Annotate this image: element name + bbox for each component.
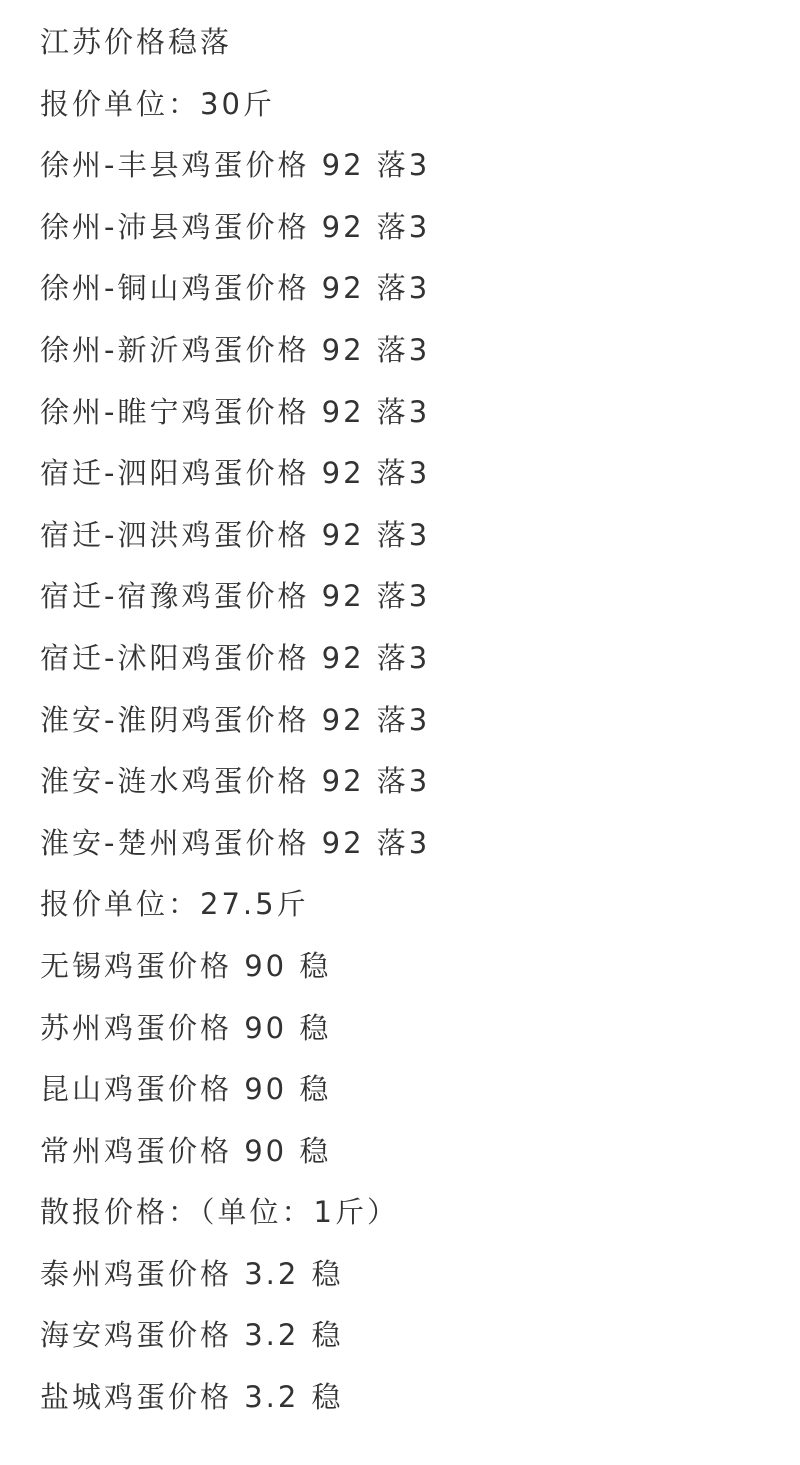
price-line: 淮安-楚州鸡蛋价格 92 落3 bbox=[40, 813, 780, 875]
unit-label: 散报价格：（单位：1斤） bbox=[40, 1182, 780, 1244]
price-line: 徐州-睢宁鸡蛋价格 92 落3 bbox=[40, 382, 780, 444]
price-line: 昆山鸡蛋价格 90 稳 bbox=[40, 1059, 780, 1121]
price-line: 海安鸡蛋价格 3.2 稳 bbox=[40, 1305, 780, 1367]
price-line: 常州鸡蛋价格 90 稳 bbox=[40, 1121, 780, 1183]
price-line: 宿迁-宿豫鸡蛋价格 92 落3 bbox=[40, 566, 780, 628]
section-loose-quote-1jin: 散报价格：（单位：1斤） 泰州鸡蛋价格 3.2 稳 海安鸡蛋价格 3.2 稳 盐… bbox=[40, 1182, 780, 1428]
price-line: 宿迁-泗洪鸡蛋价格 92 落3 bbox=[40, 505, 780, 567]
section-unit-27-5jin: 报价单位：27.5斤 无锡鸡蛋价格 90 稳 苏州鸡蛋价格 90 稳 昆山鸡蛋价… bbox=[40, 874, 780, 1182]
price-line: 泰州鸡蛋价格 3.2 稳 bbox=[40, 1244, 780, 1306]
price-line: 徐州-丰县鸡蛋价格 92 落3 bbox=[40, 135, 780, 197]
egg-price-report: 江苏价格稳落 报价单位：30斤 徐州-丰县鸡蛋价格 92 落3 徐州-沛县鸡蛋价… bbox=[0, 0, 800, 1429]
price-line: 淮安-淮阴鸡蛋价格 92 落3 bbox=[40, 690, 780, 752]
unit-label: 报价单位：27.5斤 bbox=[40, 874, 780, 936]
price-line: 淮安-涟水鸡蛋价格 92 落3 bbox=[40, 751, 780, 813]
price-line: 宿迁-泗阳鸡蛋价格 92 落3 bbox=[40, 443, 780, 505]
section-unit-30jin: 报价单位：30斤 徐州-丰县鸡蛋价格 92 落3 徐州-沛县鸡蛋价格 92 落3… bbox=[40, 74, 780, 875]
price-line: 徐州-新沂鸡蛋价格 92 落3 bbox=[40, 320, 780, 382]
price-line: 徐州-沛县鸡蛋价格 92 落3 bbox=[40, 197, 780, 259]
price-line: 徐州-铜山鸡蛋价格 92 落3 bbox=[40, 258, 780, 320]
price-line: 苏州鸡蛋价格 90 稳 bbox=[40, 998, 780, 1060]
price-line: 无锡鸡蛋价格 90 稳 bbox=[40, 936, 780, 998]
price-line: 盐城鸡蛋价格 3.2 稳 bbox=[40, 1367, 780, 1429]
report-title: 江苏价格稳落 bbox=[40, 12, 780, 74]
price-line: 宿迁-沭阳鸡蛋价格 92 落3 bbox=[40, 628, 780, 690]
unit-label: 报价单位：30斤 bbox=[40, 74, 780, 136]
